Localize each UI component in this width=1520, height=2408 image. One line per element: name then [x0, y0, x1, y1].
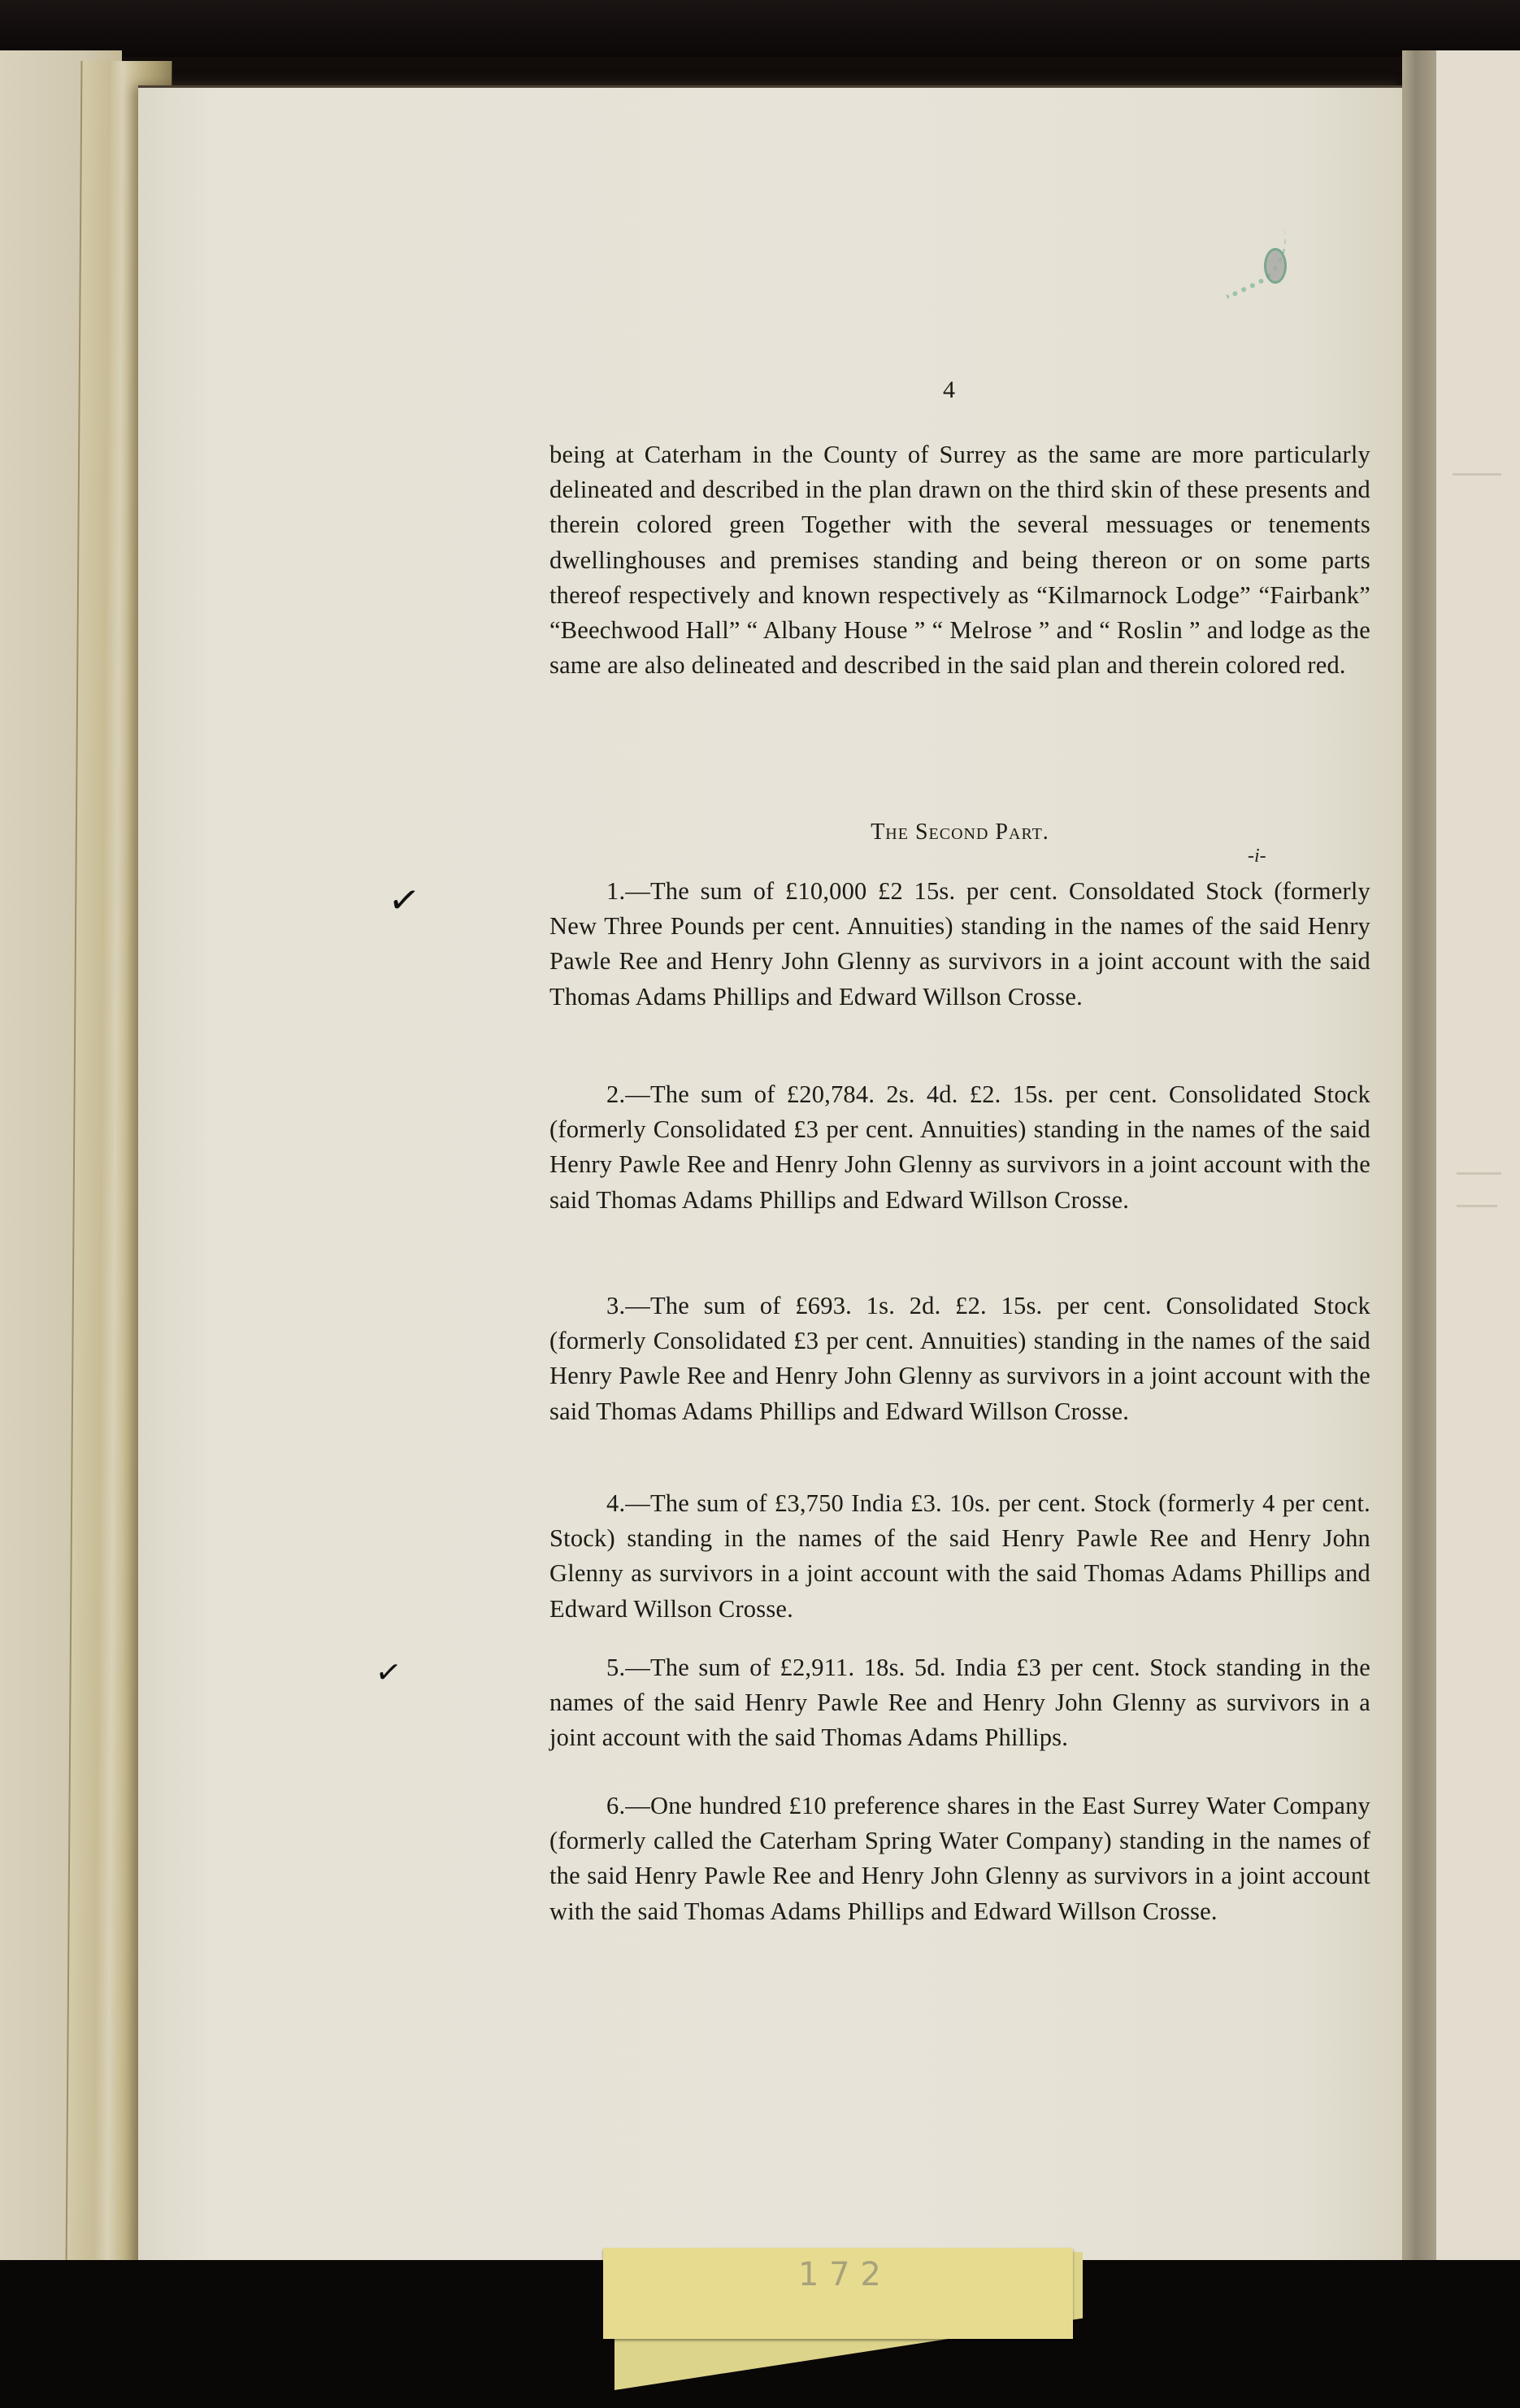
handwritten-correction: -i- — [1248, 845, 1266, 867]
item-6: 6.—One hundred £10 preference shares in … — [549, 1789, 1370, 1929]
page-number: 4 — [943, 376, 955, 404]
section-heading: The Second Part. — [549, 819, 1370, 845]
item-1: 1.—The sum of £10,000 £2 15s. per cent. … — [549, 874, 1370, 1015]
book-gutter — [1402, 50, 1436, 2270]
check-mark-icon: ✓ — [385, 876, 423, 924]
paper-flag-front[interactable]: 1 7 2 — [603, 2248, 1073, 2339]
bleed-through-text — [1457, 1172, 1501, 1175]
item-6-text: 6.—One hundred £10 preference shares in … — [549, 1789, 1370, 1929]
item-3: 3.—The sum of £693. 1s. 2d. £2. 15s. per… — [549, 1289, 1370, 1429]
pencil-scribble: 1 7 2 — [798, 2256, 881, 2293]
item-5: 5.—The sum of £2,911. 18s. 5d. India £3 … — [549, 1650, 1370, 1756]
item-2: 2.—The sum of £20,784. 2s. 4d. £2. 15s. … — [549, 1077, 1370, 1218]
opening-paragraph: being at Caterham in the County of Surre… — [549, 437, 1370, 683]
book-cover-top — [0, 0, 1520, 57]
facing-page — [1436, 50, 1520, 2270]
bleed-through-text — [1457, 1205, 1497, 1207]
item-5-text: 5.—The sum of £2,911. 18s. 5d. India £3 … — [549, 1650, 1370, 1756]
item-4: 4.—The sum of £3,750 India £3. 10s. per … — [549, 1486, 1370, 1627]
opening-paragraph-text: being at Caterham in the County of Surre… — [549, 437, 1370, 683]
item-3-text: 3.—The sum of £693. 1s. 2d. £2. 15s. per… — [549, 1289, 1370, 1429]
item-1-text: 1.—The sum of £10,000 £2 15s. per cent. … — [549, 874, 1370, 1015]
check-mark-icon: ✓ — [373, 1653, 404, 1692]
bleed-through-text — [1453, 473, 1501, 476]
item-2-text: 2.—The sum of £20,784. 2s. 4d. £2. 15s. … — [549, 1077, 1370, 1218]
item-4-text: 4.—The sum of £3,750 India £3. 10s. per … — [549, 1486, 1370, 1627]
green-ink-blot — [1264, 248, 1287, 284]
